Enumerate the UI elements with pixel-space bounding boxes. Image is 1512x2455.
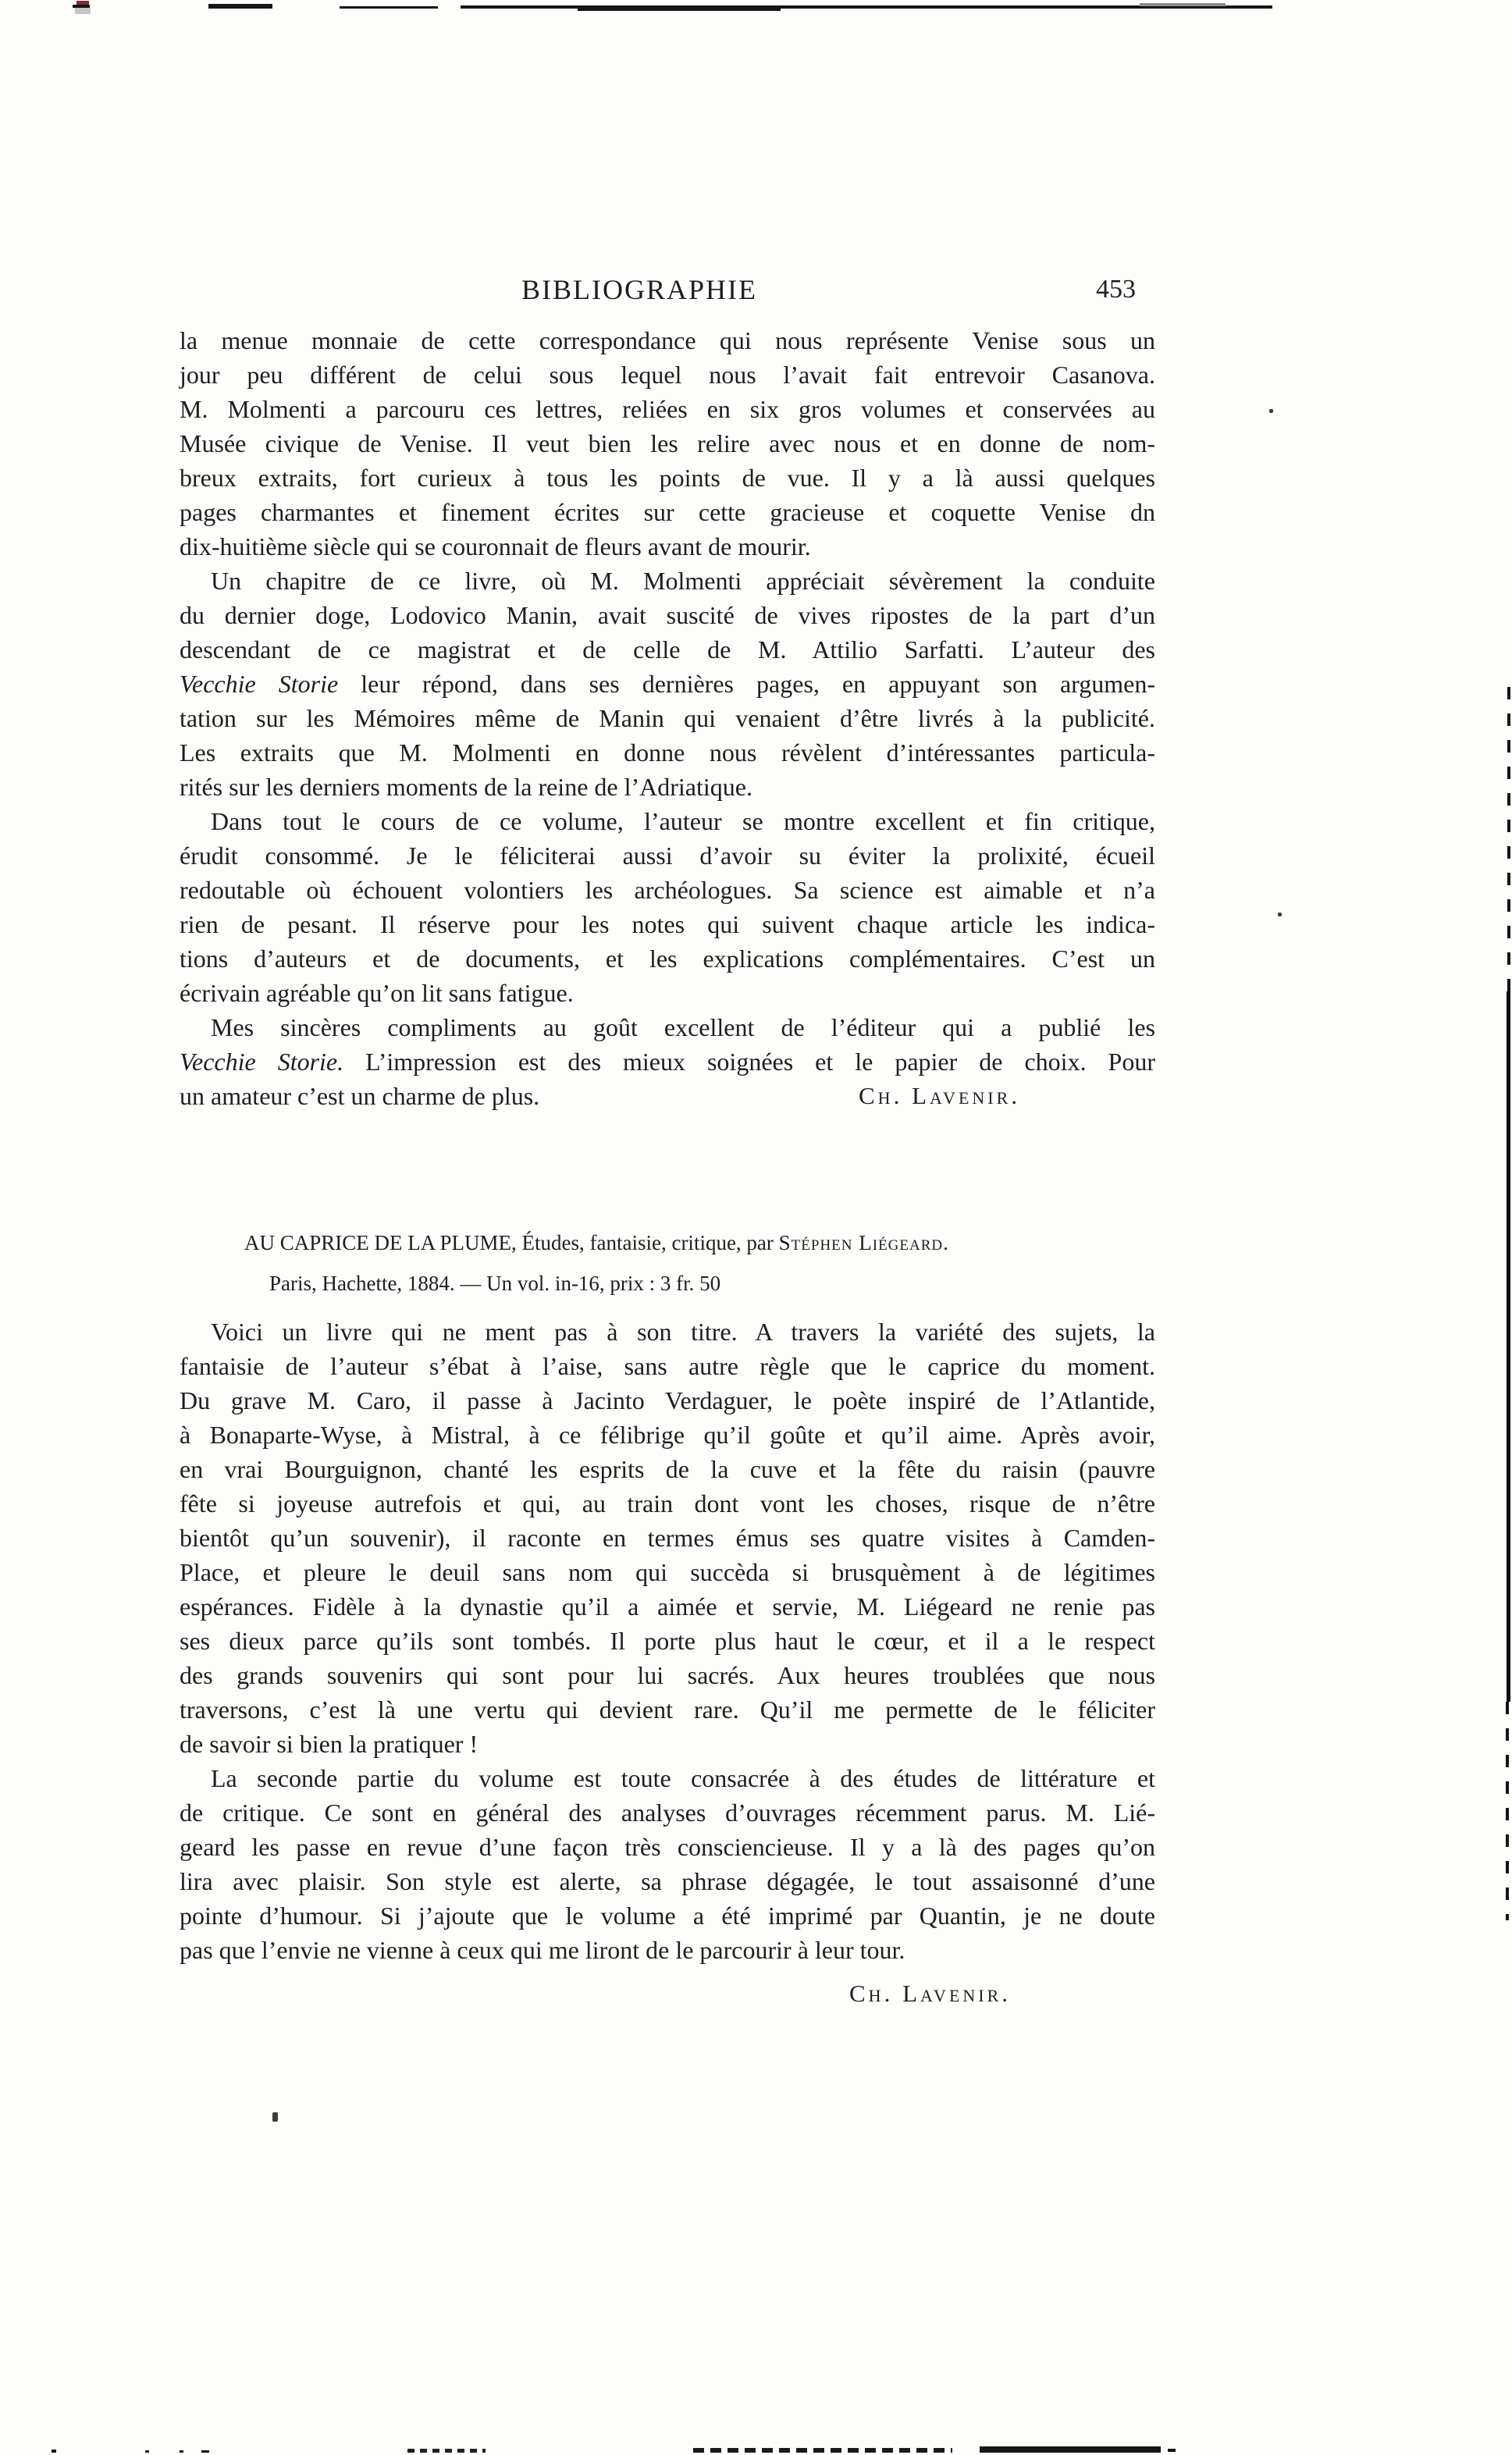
text-line: Les extraits que M. Molmenti en donne no… [180,735,1155,770]
top-rule-segment [208,4,272,9]
bottom-rule-segment [1168,2449,1176,2452]
text-line: M. Molmenti a parcouru ces lettres, reli… [180,392,1155,426]
article2-closing-line: Ch. Lavenir. [180,1976,1155,2011]
text-line: dix-huitième siècle qui se couronnait de… [180,529,1155,564]
text-line: descendant de ce magistrat et de celle d… [180,632,1155,667]
text-line: geard les passe en revue d’une façon trè… [180,1830,1155,1864]
text-line: à Bonaparte-Wyse, à Mistral, à ce félibr… [180,1418,1155,1452]
scan-speck [1269,409,1273,413]
text-line: Du grave M. Caro, il passe à Jacinto Ver… [180,1383,1155,1418]
page-edge-line-dashed-top [1507,687,1510,991]
page-edge-line-solid [1507,991,1510,1702]
text-line: des grands souvenirs qui sont pour lui s… [180,1658,1155,1692]
text-line: Musée civique de Venise. Il veut bien le… [180,426,1155,461]
text-line: écrivain agréable qu’on lit sans fatigue… [180,976,1155,1010]
bottom-rule-segment [693,2448,952,2453]
text-line: La seconde partie du volume est toute co… [180,1761,1155,1795]
scan-artifact-speck [75,8,91,14]
text-line: bientôt qu’un souvenir), il raconte en t… [180,1521,1155,1555]
text-line: Dans tout le cours de ce volume, l’auteu… [180,804,1155,838]
text-line: tation sur les Mémoires même de Manin qu… [180,701,1155,735]
bottom-rule-segment [52,2450,56,2453]
page-title: BIBLIOGRAPHIE [521,273,757,306]
bottom-rule-segment [180,2450,183,2453]
page-edge-line-dashed-bottom [1506,1702,1509,1920]
text-line: Vecchie Storie. L’impression est des mie… [180,1044,1155,1079]
text-line: de critique. Ce sont en général des anal… [180,1795,1155,1830]
text-line: fête si joyeuse autrefois et qui, au tra… [180,1486,1155,1521]
text-line: espérances. Fidèle à la dynastie qu’il a… [180,1589,1155,1624]
top-rule-segment [1140,3,1226,6]
bottom-rule-segment [201,2450,209,2453]
text-line: Vecchie Storie leur répond, dans ses der… [180,667,1155,701]
scan-speck [272,2112,278,2122]
article1-paragraph-1: la menue monnaie de cette correspondance… [180,323,1155,564]
top-rule-segment [340,6,438,9]
article2-paragraph-2: La seconde partie du volume est toute co… [180,1761,1155,1967]
text-line: Voici un livre qui ne ment pas à son tit… [180,1315,1155,1349]
text-line: pas que l’envie ne vienne à ceux qui me … [180,1933,1155,1967]
text-line: ses dieux parce qu’ils sont tombés. Il p… [180,1624,1155,1658]
article1-paragraph-3: Dans tout le cours de ce volume, l’auteu… [180,804,1155,1010]
text-line: jour peu différent de celui sous lequel … [180,358,1155,392]
text-line: Place, et pleure le deuil sans nom qui s… [180,1555,1155,1589]
bottom-rule-segment [145,2450,149,2453]
bottom-rule-segment [980,2446,1161,2453]
text-line: fantaisie de l’auteur s’ébat à l’aise, s… [180,1349,1155,1383]
article2-signature: Ch. Lavenir. [849,1976,1011,2011]
scanned-document-page: BIBLIOGRAPHIE 453 la menue monnaie de ce… [0,0,1512,2455]
text-line: de savoir si bien la pratiquer ! [180,1727,1155,1761]
text-line: rien de pesant. Il réserve pour les note… [180,907,1155,941]
text-line: pointe d’humour. Si j’ajoute que le volu… [180,1898,1155,1933]
text-line: traversons, c’est là une vertu qui devie… [180,1692,1155,1727]
text-line: pages charmantes et finement écrites sur… [180,495,1155,529]
text-line: lira avec plaisir. Son style est alerte,… [180,1864,1155,1898]
text-line: érudit consommé. Je le féliciterai aussi… [180,838,1155,873]
top-rule-segment [73,5,90,8]
review-author: Stéphen Liégeard. [779,1231,949,1254]
article1-signature: Ch. Lavenir. [859,1079,1020,1113]
review-heading-line1: AU CAPRICE DE LA PLUME, Études, fantaisi… [180,1222,1155,1263]
text-line: redoutable où échouent volontiers les ar… [180,873,1155,907]
scan-speck [1278,913,1282,916]
top-rule-segment [578,8,781,11]
text-line: du dernier doge, Lodovico Manin, avait s… [180,598,1155,632]
review-body: Voici un livre qui ne ment pas à son tit… [180,1315,1155,2011]
page-number: 453 [1096,275,1136,304]
text-line: rités sur les derniers moments de la rei… [180,770,1155,804]
article1-last-line: un amateur c’est un charme de plus. [180,1082,539,1110]
article2-paragraph-1: Voici un livre qui ne ment pas à son tit… [180,1315,1155,1761]
text-line: breux extraits, fort curieux à tous les … [180,461,1155,495]
review-title-lead: AU CAPRICE DE LA PLUME, Études, fantaisi… [244,1231,779,1254]
text-line: Un chapitre de ce livre, où M. Molmenti … [180,564,1155,598]
text-line: Mes sincères compliments au goût excelle… [180,1010,1155,1044]
review-heading-line2: Paris, Hachette, 1884. — Un vol. in-16, … [180,1263,1155,1304]
article1-closing-line: un amateur c’est un charme de plus. Ch. … [180,1079,1155,1113]
bottom-rule-segment [407,2449,486,2453]
review-heading: AU CAPRICE DE LA PLUME, Études, fantaisi… [180,1222,1155,1304]
article1-paragraph-4: Mes sincères compliments au goût excelle… [180,1010,1155,1079]
text-line: tions d’auteurs et de documents, et les … [180,941,1155,976]
text-line: en vrai Bourguignon, chanté les esprits … [180,1452,1155,1486]
text-column: la menue monnaie de cette correspondance… [180,323,1155,2011]
text-line: la menue monnaie de cette correspondance… [180,323,1155,358]
article1-paragraph-2: Un chapitre de ce livre, où M. Molmenti … [180,564,1155,804]
